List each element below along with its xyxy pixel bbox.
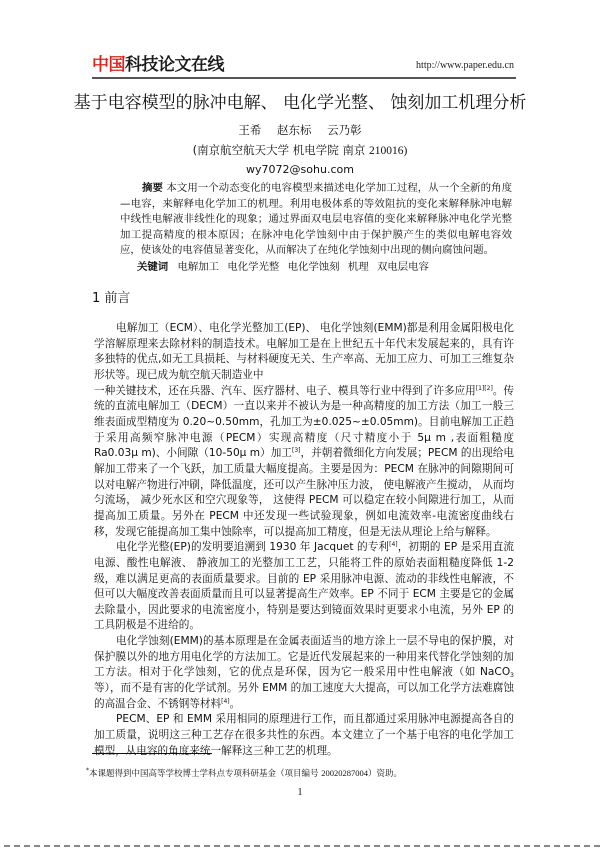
affiliation: (南京航空航天大学 机电学院 南京 210016) [0,142,600,158]
author: 云乃彰 [327,123,362,137]
citation: [4] [221,698,230,705]
author: 王希 [238,123,261,137]
keyword: 电化学蚀刻 [288,261,340,273]
keyword: 双电层电容 [377,261,429,273]
footnote-divider [92,753,212,754]
site-url: http://www.paper.edu.cn [416,60,514,71]
paragraph: 电化学光整(EP)的发明要追溯到 1930 年 Jacquet 的专利[4]，初… [94,540,514,634]
keywords: 关键词 电解加工 电化学光整 电化学蚀刻 机理 双电层电容 [137,258,434,273]
site-logo: 中国科技论文在线 [92,55,224,75]
abstract-label: 摘要 [142,182,163,194]
citation: [4] [389,541,398,548]
page-number: 1 [0,787,600,798]
author: 赵东标 [277,123,312,137]
author-list: 王希 赵东标 云乃彰 [0,122,600,138]
citation: [1][2] [476,385,493,392]
affiliation-postcode: 210016) [369,145,407,157]
paragraph: 一种关键技术，还在兵器、汽车、医疗器材、电子、模具等行业中得到了许多应用[1][… [94,384,514,541]
keyword: 电解加工 [177,261,219,273]
page-header: 中国科技论文在线 http://www.paper.edu.cn [92,55,516,79]
page-break-line [4,845,600,847]
paragraph: 电解加工（ECM）、电化学光整加工(EP)、 电化学蚀刻(EMM)都是利用金属阳… [94,321,514,384]
keyword: 机理 [348,261,369,273]
keywords-label: 关键词 [137,261,168,273]
abstract-text: 本文用一个动态变化的电容模型来描述电化学加工过程，从一个全新的角度—电容，来解释… [120,182,512,256]
affiliation-name: (南京航空航天大学 机电学院 南京 [193,143,366,157]
paragraph: 电化学蚀刻(EMM)的基本原理是在金属表面适当的地方涂上一层不导电的保护膜，对保… [94,634,514,712]
author-email: wy7072@sohu.com [0,163,600,176]
footnote: *本课题得到中国高等学校博士学科点专项科研基金（项目编号 20020287004… [86,767,402,779]
body-text: 电解加工（ECM）、电化学光整加工(EP)、 电化学蚀刻(EMM)都是利用金属阳… [94,321,514,759]
section-heading: 1 前言 [92,287,130,306]
citation: [3] [292,447,301,454]
logo-dark-part: 科技论文在线 [125,55,224,75]
keyword: 电化学光整 [227,261,279,273]
paper-title: 基于电容模型的脉冲电解、 电化学光整、 蚀刻加工机理分析 [0,88,600,113]
abstract: 摘要 本文用一个动态变化的电容模型来描述电化学加工过程，从一个全新的角度—电容，… [120,181,512,259]
logo-red-part: 中国 [92,55,125,75]
